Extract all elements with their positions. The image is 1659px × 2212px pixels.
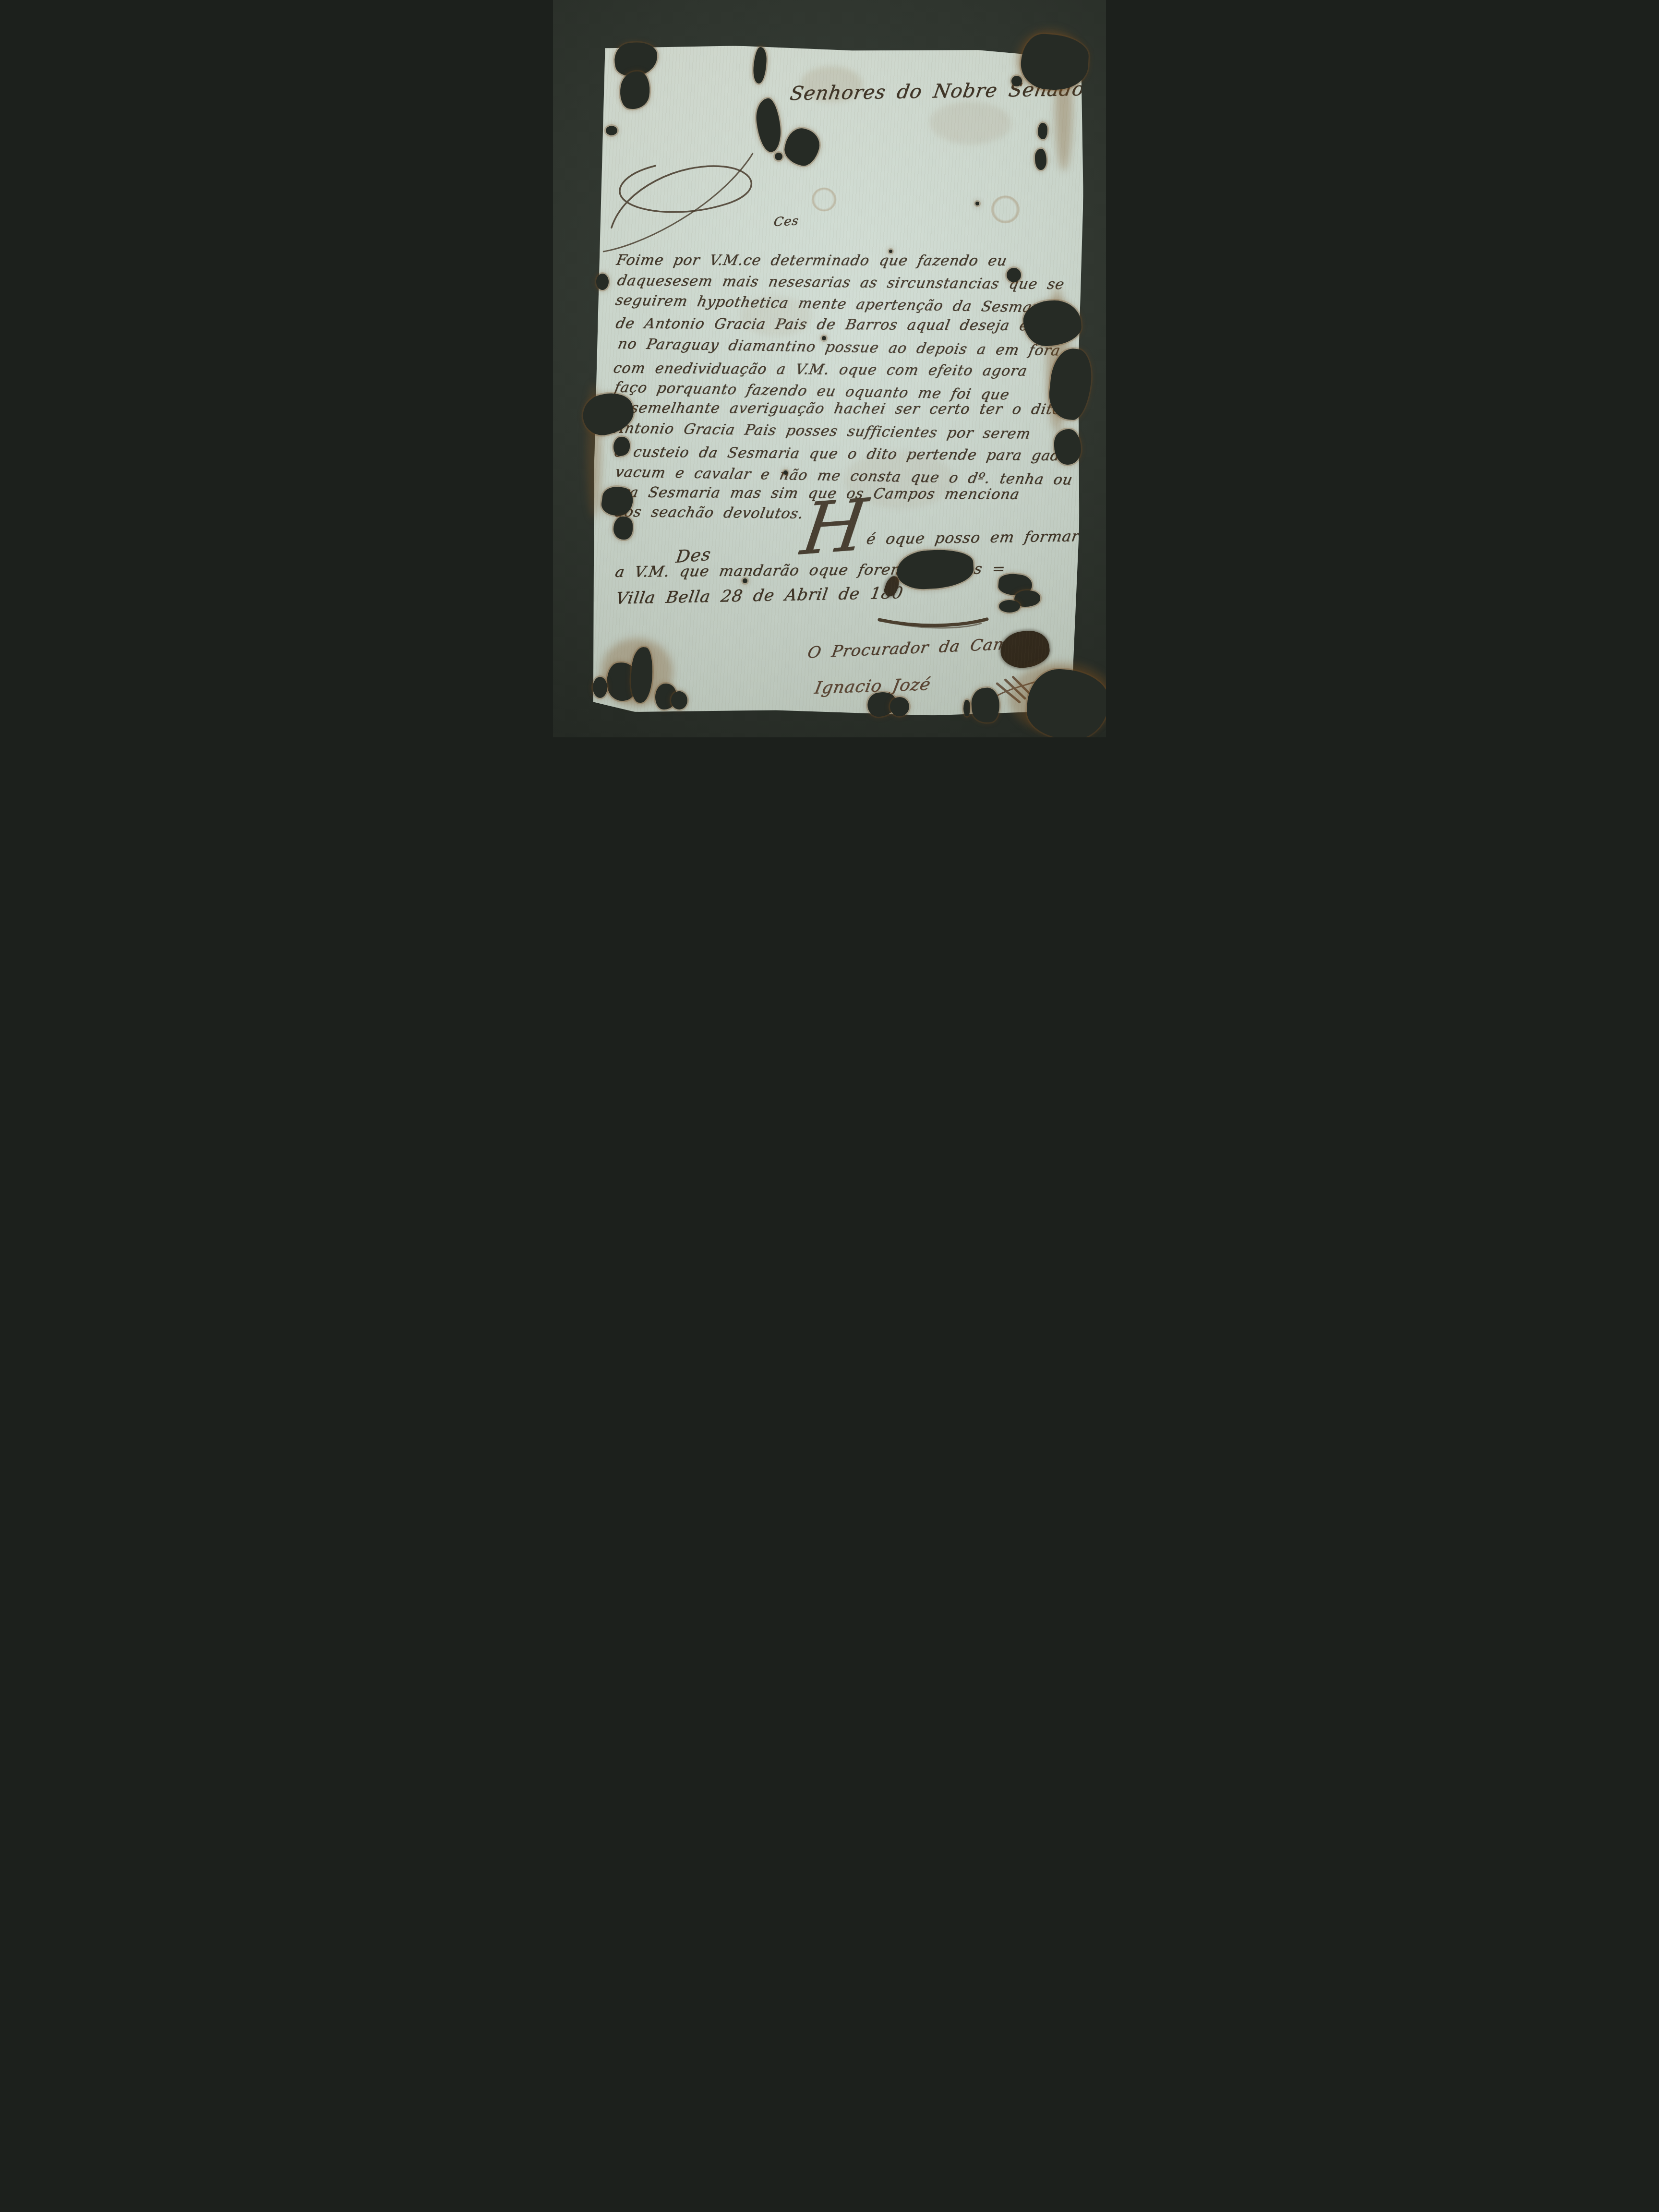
damage-hole [775,153,782,160]
superscript-word: Ces [773,215,799,228]
damage-hole [606,126,617,135]
body-line: seguirem hypothetica mente apertenção da… [614,293,1055,315]
damage-hole [783,470,788,475]
damage-hole [975,202,979,205]
body-line: com enedividuação a V.M. oque com efeito… [612,361,1028,379]
damage-hole [963,700,970,716]
damage-hole [613,517,633,540]
body-line: a semelhante averiguação hachei ser cert… [611,401,1063,417]
damage-hole [822,336,826,340]
photo-of-manuscript: Senhores do Nobre Senado Ces Foime por V… [553,0,1106,737]
body-line: o custeio da Sesmaria que o dito pertend… [613,445,1070,463]
damage-hole [743,578,747,583]
manuscript-paper: Senhores do Nobre Senado Ces Foime por V… [591,44,1085,717]
body-line: daquesesem mais nesesarias as sircunstan… [616,274,1065,292]
body-line: dos seachão devolutos. [613,505,805,521]
ring-stain [811,187,837,212]
body-line: de Antonio Gracia Pais de Barros aqual d… [614,317,1053,334]
damage-hole [889,250,892,253]
damage-hole [1038,123,1047,139]
damage-hole [1035,149,1046,170]
body-line: no Paraguay diamantino possue ao depois … [616,337,1061,358]
damage-hole [1007,268,1021,282]
closing-initial: H [797,489,871,565]
damage-hole [671,691,687,709]
damage-hole [890,697,909,716]
damage-hole [1025,668,1106,737]
body-line: faço porquanto fazendo eu oquanto me foi… [613,380,1010,402]
ring-stain [991,195,1020,224]
damage-hole [999,600,1020,613]
date-line: Villa Bella 28 de Abril de 180 [614,585,904,606]
damage-hole [1054,429,1081,465]
body-line: Antonio Gracia Pais posses sufficientes … [613,421,1032,442]
closing-line-1: é oque posso em formar [866,529,1081,547]
damage-hole [596,274,609,290]
damage-hole [593,677,607,698]
damage-hole [1011,76,1022,86]
signature-name: Ignacio Jozé [813,676,932,697]
body-line: Foime por V.M.ce determinado que fazendo… [615,253,1009,268]
burn-stain [929,101,1011,145]
